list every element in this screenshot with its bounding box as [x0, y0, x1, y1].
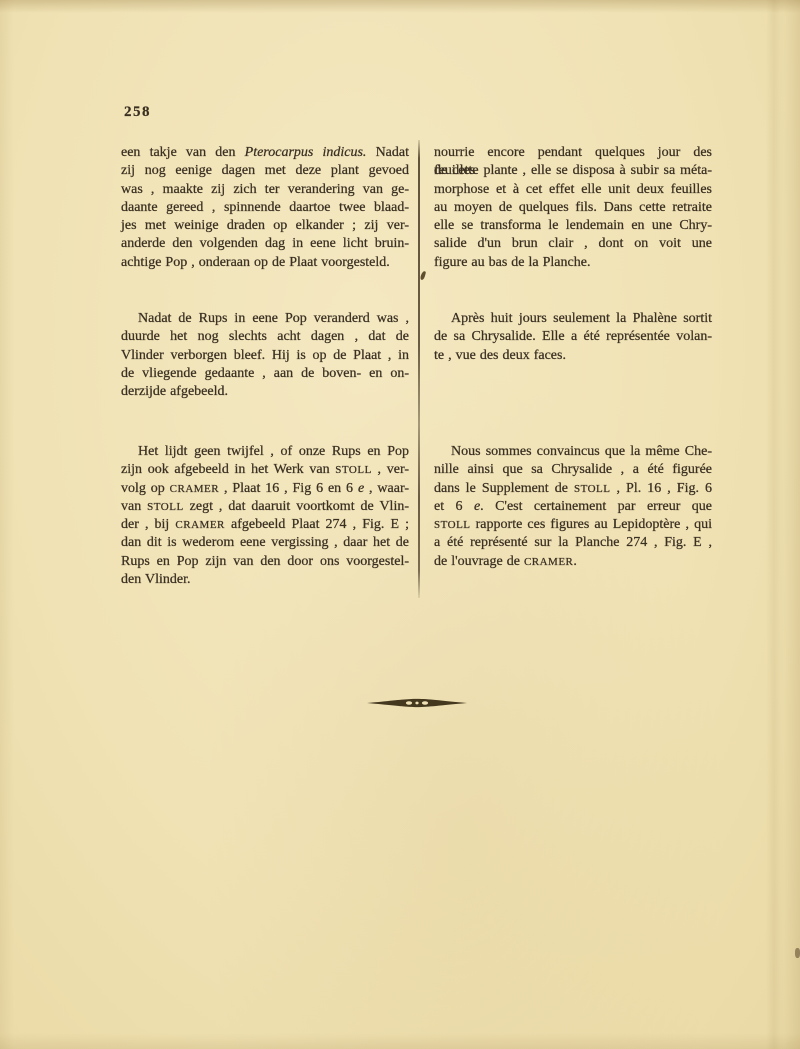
text-line: Vlinder verborgen bleef. Hij is op de Pl… — [121, 347, 409, 365]
text-run: , ver- — [372, 462, 409, 477]
text-line: volg op cramer , Plaat 16 , Fig 6 en 6 e… — [121, 480, 409, 498]
text-run: au moyen de quelques fils. Dans cette re… — [434, 200, 712, 215]
paragraph: Nous sommes convaincus que la même Che-n… — [434, 443, 712, 571]
text-run: rapporte ces figures au Lepidoptère , qu… — [471, 517, 712, 532]
paragraph: Het lijdt geen twijfel , of onze Rups en… — [121, 443, 409, 589]
paragraph: Après huit jours seulement la Phalène so… — [434, 310, 712, 365]
text-line: van stoll zegt , dat daaruit voortkomt d… — [121, 498, 409, 516]
text-line: Après huit jours seulement la Phalène so… — [434, 310, 712, 328]
text-run: daante gereed , spinnende daartoe twee b… — [121, 200, 409, 215]
text-run: was , maakte zij zich ter verandering va… — [121, 182, 409, 197]
text-run: den Vlinder. — [121, 572, 190, 587]
text-line: derzijde afgebeeld. — [121, 383, 409, 401]
text-line: zijn ook afgebeeld in het Werk van stoll… — [121, 461, 409, 479]
text-run: volg op — [121, 481, 170, 496]
text-run: dan dit is wederom eene vergissing , daa… — [121, 535, 409, 550]
text-run: een takje van den — [121, 145, 245, 160]
text-line: duurde het nog slechts acht dagen , dat … — [121, 328, 409, 346]
text-line: der , bij cramer afgebeeld Plaat 274 , F… — [121, 516, 409, 534]
text-run: , waar- — [364, 481, 409, 496]
text-run: de vliegende gedaante , aan de boven- en… — [121, 366, 409, 381]
text-run: nille ainsi que sa Chrysalide , a été fi… — [434, 462, 712, 477]
text-run: der , bij — [121, 517, 175, 532]
text-line: jes met weinige draden op elkander ; zij… — [121, 217, 409, 235]
text-line: de cette plante , elle se disposa à subi… — [434, 162, 712, 180]
text-line: een takje van den Pterocarpus indicus. N… — [121, 144, 409, 162]
text-line: au moyen de quelques fils. Dans cette re… — [434, 199, 712, 217]
text-run: Vlinder verborgen bleef. Hij is op de Pl… — [121, 348, 409, 363]
text-run: derzijde afgebeeld. — [121, 384, 228, 399]
paragraph: nourrie encore pendant quelques jour des… — [434, 144, 712, 272]
paragraph: een takje van den Pterocarpus indicus. N… — [121, 144, 409, 272]
paragraph: Nadat de Rups in eene Pop veranderd was … — [121, 310, 409, 401]
smallcaps-author-name: stoll — [335, 464, 372, 476]
text-line: figure au bas de la Planche. — [434, 254, 712, 272]
text-line: de l'ouvrage de cramer. — [434, 553, 712, 571]
italic-text: Pterocarpus indicus. — [245, 145, 367, 160]
text-line: de sa Chrysalide. Elle a été représentée… — [434, 328, 712, 346]
text-line: anderde den volgenden dag in eene licht … — [121, 235, 409, 253]
text-run: Rups en Pop zijn van den door ons voorge… — [121, 554, 409, 569]
text-line: morphose et à cet effet elle unit deux f… — [434, 181, 712, 199]
text-line: te , vue des deux faces. — [434, 347, 712, 365]
text-line: Nous sommes convaincus que la même Che- — [434, 443, 712, 461]
text-line: stoll rapporte ces figures au Lepidoptèr… — [434, 516, 712, 534]
text-run: a été représenté sur la Planche 274 , Fi… — [434, 535, 712, 550]
text-line: et 6 e. C'est certainement par erreur qu… — [434, 498, 712, 516]
page-number: 258 — [124, 104, 151, 121]
smallcaps-author-name: stoll — [574, 483, 611, 495]
text-line: salide d'un brun clair , dont on voit un… — [434, 235, 712, 253]
paper-speck — [795, 948, 800, 958]
text-run: zegt , dat daaruit voortkomt de Vlin- — [184, 499, 409, 514]
text-run: elle se transforma le lendemain en une C… — [434, 218, 712, 233]
text-run: dans le Supplement de — [434, 481, 574, 496]
text-line: nourrie encore pendant quelques jour des… — [434, 144, 712, 162]
text-line: elle se transforma le lendemain en une C… — [434, 217, 712, 235]
text-line: nille ainsi que sa Chrysalide , a été fi… — [434, 461, 712, 479]
smallcaps-author-name: cramer — [175, 519, 224, 531]
text-line: zij nog eenige dagen met deze plant gevo… — [121, 162, 409, 180]
book-page-scan: 258 een takje van den Pterocarpus indicu… — [0, 0, 800, 1049]
section-divider-ornament-icon — [367, 696, 467, 708]
text-line: daante gereed , spinnende daartoe twee b… — [121, 199, 409, 217]
text-run: Nadat de Rups in eene Pop veranderd was … — [138, 311, 409, 326]
text-line: was , maakte zij zich ter verandering va… — [121, 181, 409, 199]
text-line: Het lijdt geen twijfel , of onze Rups en… — [121, 443, 409, 461]
text-run: , Plaat 16 , Fig 6 en 6 — [219, 481, 358, 496]
smallcaps-author-name: cramer — [170, 483, 219, 495]
text-run: anderde den volgenden dag in eene licht … — [121, 236, 409, 251]
text-run: . C'est certainement par erreur que — [480, 499, 712, 514]
text-run: Het lijdt geen twijfel , of onze Rups en… — [138, 444, 409, 459]
text-line: de vliegende gedaante , aan de boven- en… — [121, 365, 409, 383]
text-run: te , vue des deux faces. — [434, 348, 566, 363]
column-divider-rule — [418, 140, 420, 598]
ink-smudge — [420, 271, 426, 281]
text-line: dan dit is wederom eene vergissing , daa… — [121, 534, 409, 552]
text-line: Nadat de Rups in eene Pop veranderd was … — [121, 310, 409, 328]
text-run: figure au bas de la Planche. — [434, 255, 590, 270]
text-run: morphose et à cet effet elle unit deux f… — [434, 182, 712, 197]
text-line: a été représenté sur la Planche 274 , Fi… — [434, 534, 712, 552]
text-run: duurde het nog slechts acht dagen , dat … — [121, 329, 409, 344]
text-run: achtige Pop , onderaan op de Plaat voorg… — [121, 255, 390, 270]
smallcaps-author-name: cramer — [524, 556, 573, 568]
text-line: den Vlinder. — [121, 571, 409, 589]
smallcaps-author-name: stoll — [434, 519, 471, 531]
text-run: Nadat — [366, 145, 409, 160]
text-run: de cette plante , elle se disposa à subi… — [434, 163, 712, 178]
text-run: Après huit jours seulement la Phalène so… — [451, 311, 712, 326]
text-run: salide d'un brun clair , dont on voit un… — [434, 236, 712, 251]
text-run: . — [573, 554, 577, 569]
text-run: afgebeeld Plaat 274 , Fig. E ; — [225, 517, 409, 532]
text-run: de sa Chrysalide. Elle a été représentée… — [434, 329, 712, 344]
text-run: et 6 — [434, 499, 474, 514]
text-line: Rups en Pop zijn van den door ons voorge… — [121, 553, 409, 571]
text-run: zij nog eenige dagen met deze plant gevo… — [121, 163, 409, 178]
text-run: zijn ook afgebeeld in het Werk van — [121, 462, 335, 477]
text-run: Nous sommes convaincus que la même Che- — [451, 444, 712, 459]
text-run: , Pl. 16 , Fig. 6 — [611, 481, 713, 496]
text-run: de l'ouvrage de — [434, 554, 524, 569]
text-line: dans le Supplement de stoll , Pl. 16 , F… — [434, 480, 712, 498]
text-run: van — [121, 499, 147, 514]
text-run: jes met weinige draden op elkander ; zij… — [121, 218, 409, 233]
smallcaps-author-name: stoll — [147, 501, 184, 513]
text-line: achtige Pop , onderaan op de Plaat voorg… — [121, 254, 409, 272]
